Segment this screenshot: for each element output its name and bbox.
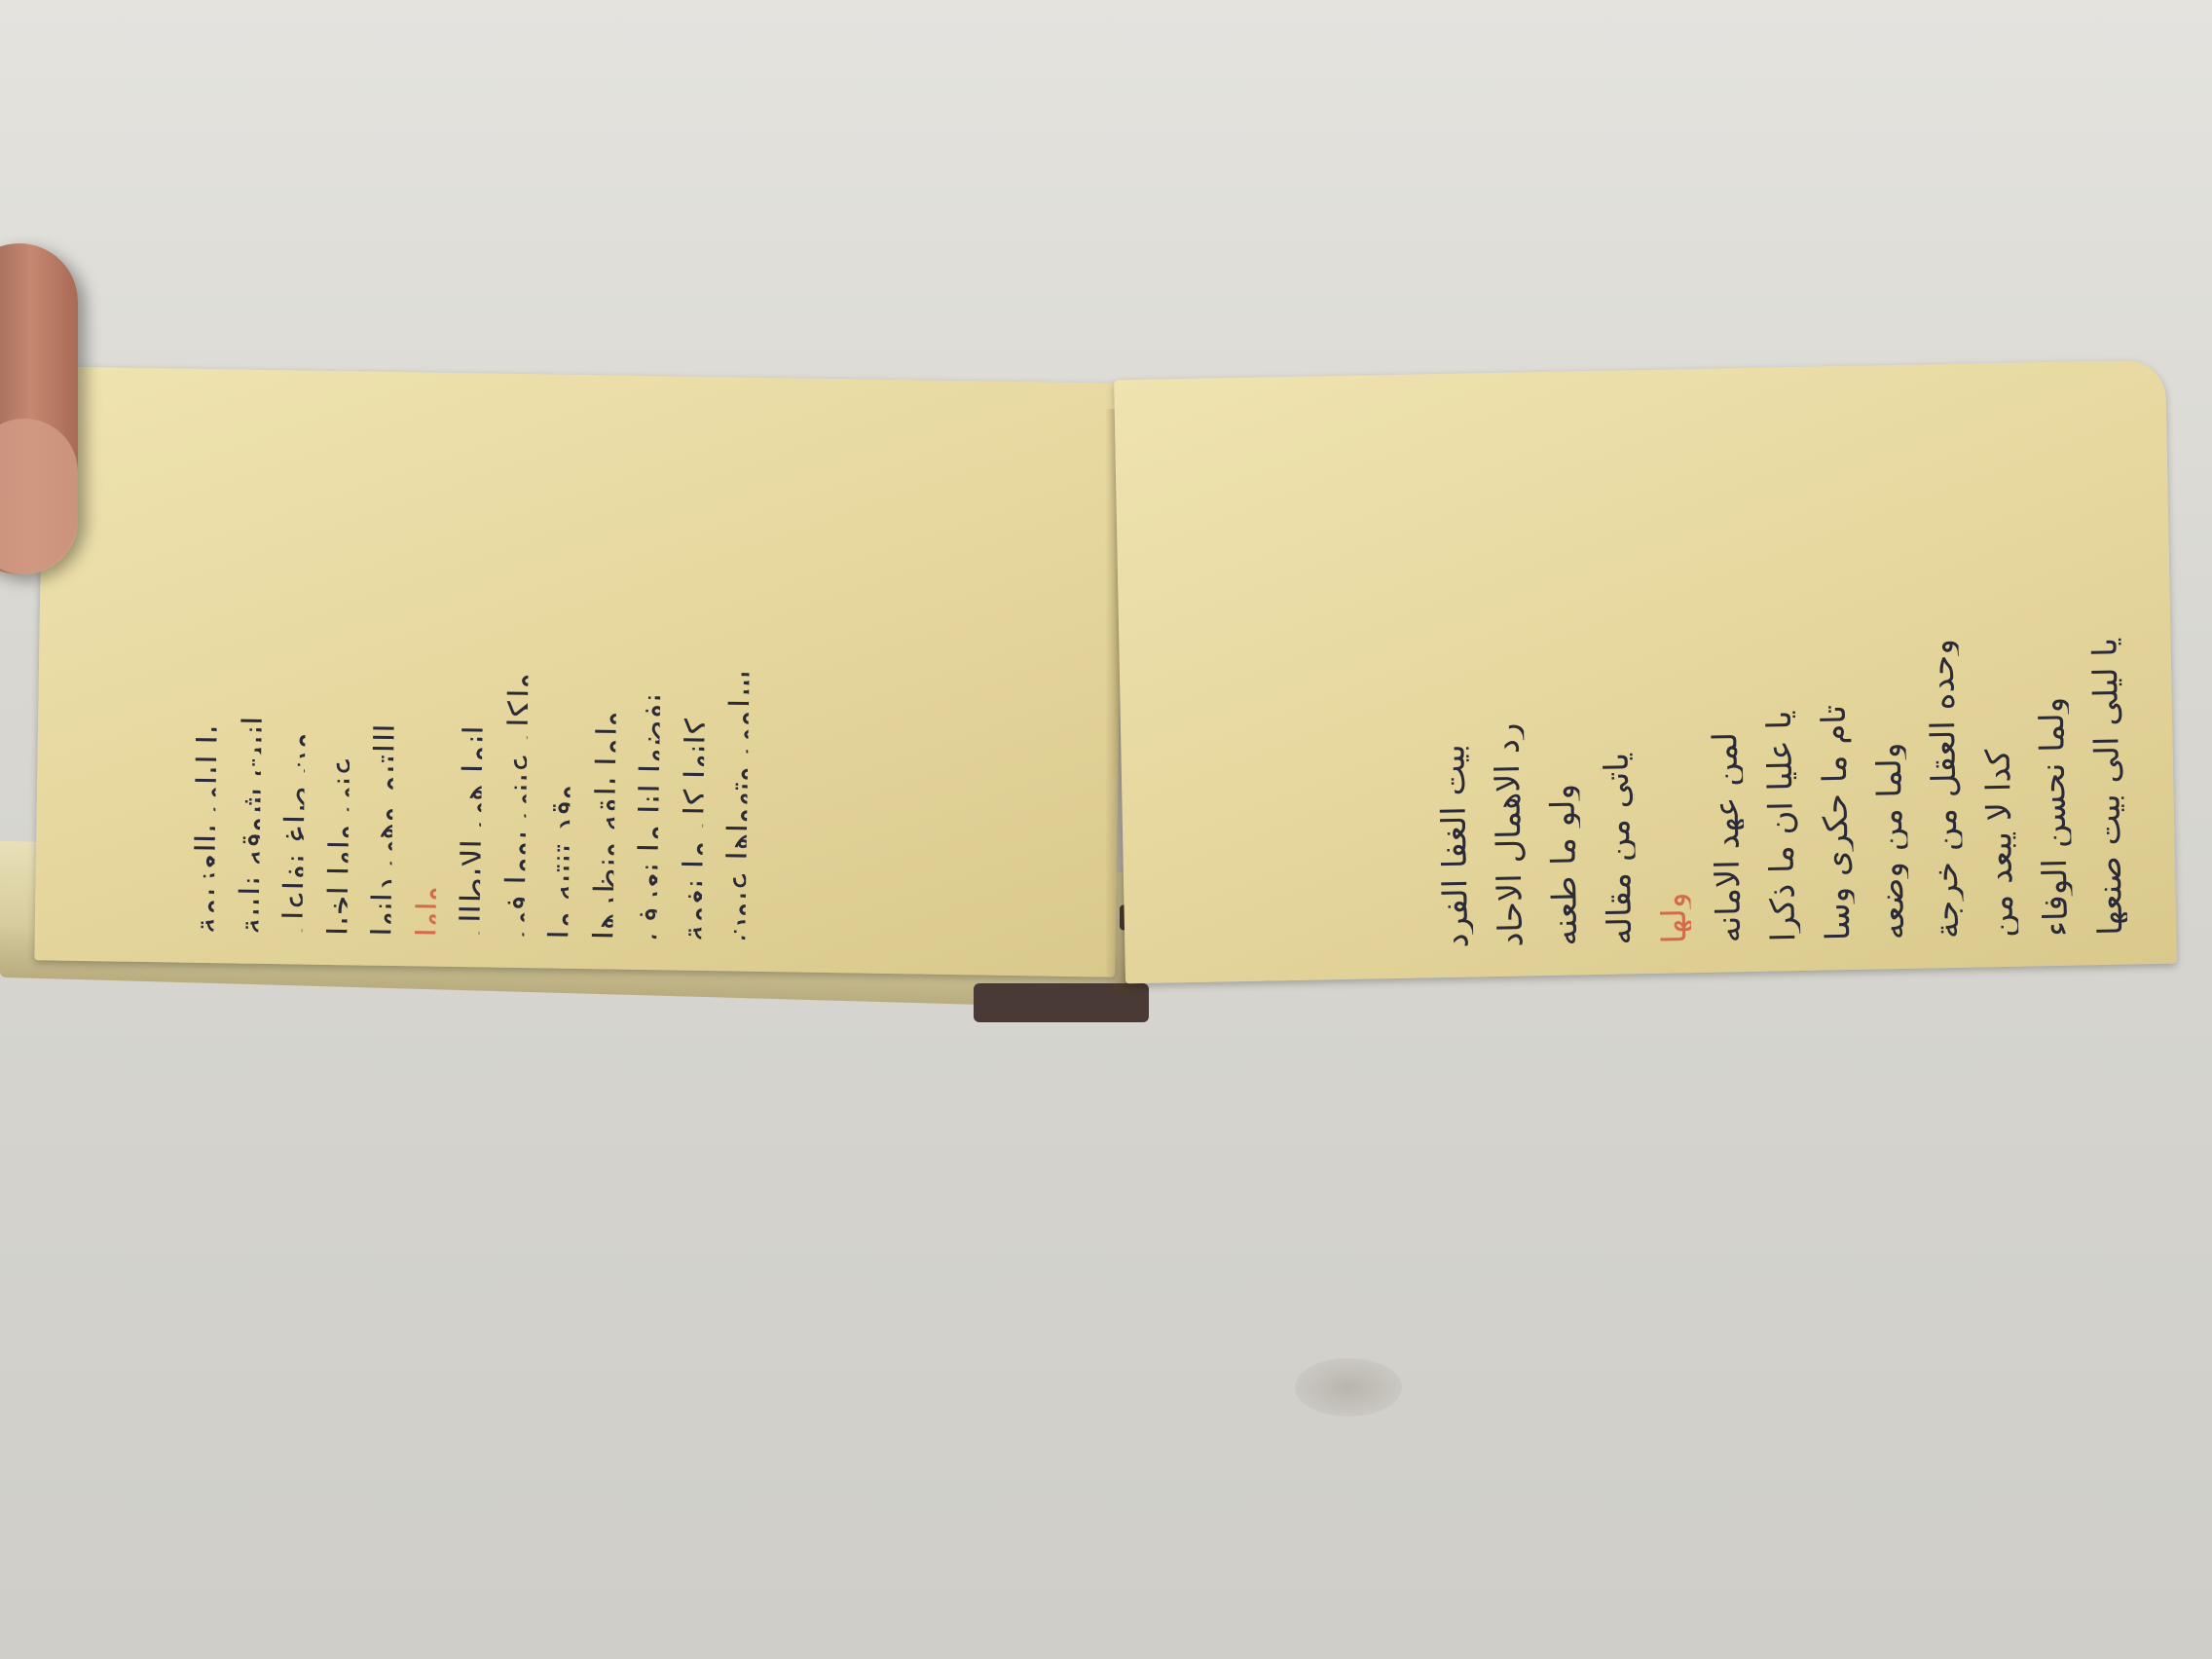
text-line: وقد تنتبه ما bbox=[545, 404, 576, 940]
finger-nail bbox=[0, 419, 78, 574]
text-line: سلمى وتهواها عيون bbox=[722, 406, 754, 941]
rubric-line: ولها bbox=[412, 401, 443, 937]
text-line: يا عليا ان ما ذكرا bbox=[1757, 396, 1801, 942]
text-line: نفضها لنا ما نعرف bbox=[634, 405, 665, 940]
right-page-text: يا ليلى الى بيت صنعها ولما نحسن الوفاء ك… bbox=[1202, 390, 2128, 953]
text-line: وحده العقل من خرجة bbox=[1921, 393, 1965, 940]
text-line: كدا لا يبعد من bbox=[1975, 392, 2019, 939]
text-line: لمن عهد الامانه bbox=[1703, 397, 1747, 943]
text-line: عنى ولها اخيا bbox=[323, 400, 354, 936]
surface-smudge bbox=[1295, 1358, 1402, 1417]
text-line: تام ما حكرى وسا bbox=[1812, 395, 1856, 941]
text-line: ولما نحسن الوفاء bbox=[2030, 391, 2074, 938]
text-line: اللتيم وهي دانها bbox=[368, 401, 399, 937]
text-line: ولكل عيني يوما فى bbox=[501, 403, 533, 939]
left-page-text: سلمى وتهواها عيون كانها كل ما نغمة نفضها… bbox=[191, 398, 755, 942]
right-page: يا ليلى الى بيت صنعها ولما نحسن الوفاء ك… bbox=[1114, 360, 2177, 984]
text-line: انما هي الابطال bbox=[457, 402, 488, 938]
text-line: انبت شوقه نلبية bbox=[235, 399, 266, 935]
rubric-line: ولها bbox=[1648, 398, 1692, 944]
text-line: كانها كل ما نغمة bbox=[679, 406, 710, 941]
text-line: ولما بلقه ونظرها bbox=[590, 404, 621, 940]
text-line: يا ليلى بالعزيمة bbox=[191, 398, 222, 934]
text-line: ولو ما طعنه bbox=[1539, 400, 1583, 946]
text-line: بيت الغفا الفرد bbox=[1430, 403, 1474, 949]
text-line: ولما من وضعه bbox=[1866, 394, 1910, 940]
left-page: سلمى وتهواها عيون كانها كل ما نغمة نفضها… bbox=[34, 366, 1124, 977]
text-line: من صاغ نفاعل bbox=[279, 399, 311, 935]
text-line: يا ليلى الى بيت صنعها bbox=[2084, 390, 2128, 937]
text-line: رد الاهمال الاحاد bbox=[1485, 401, 1529, 947]
text-line: يأتي من مقاله bbox=[1594, 399, 1638, 945]
